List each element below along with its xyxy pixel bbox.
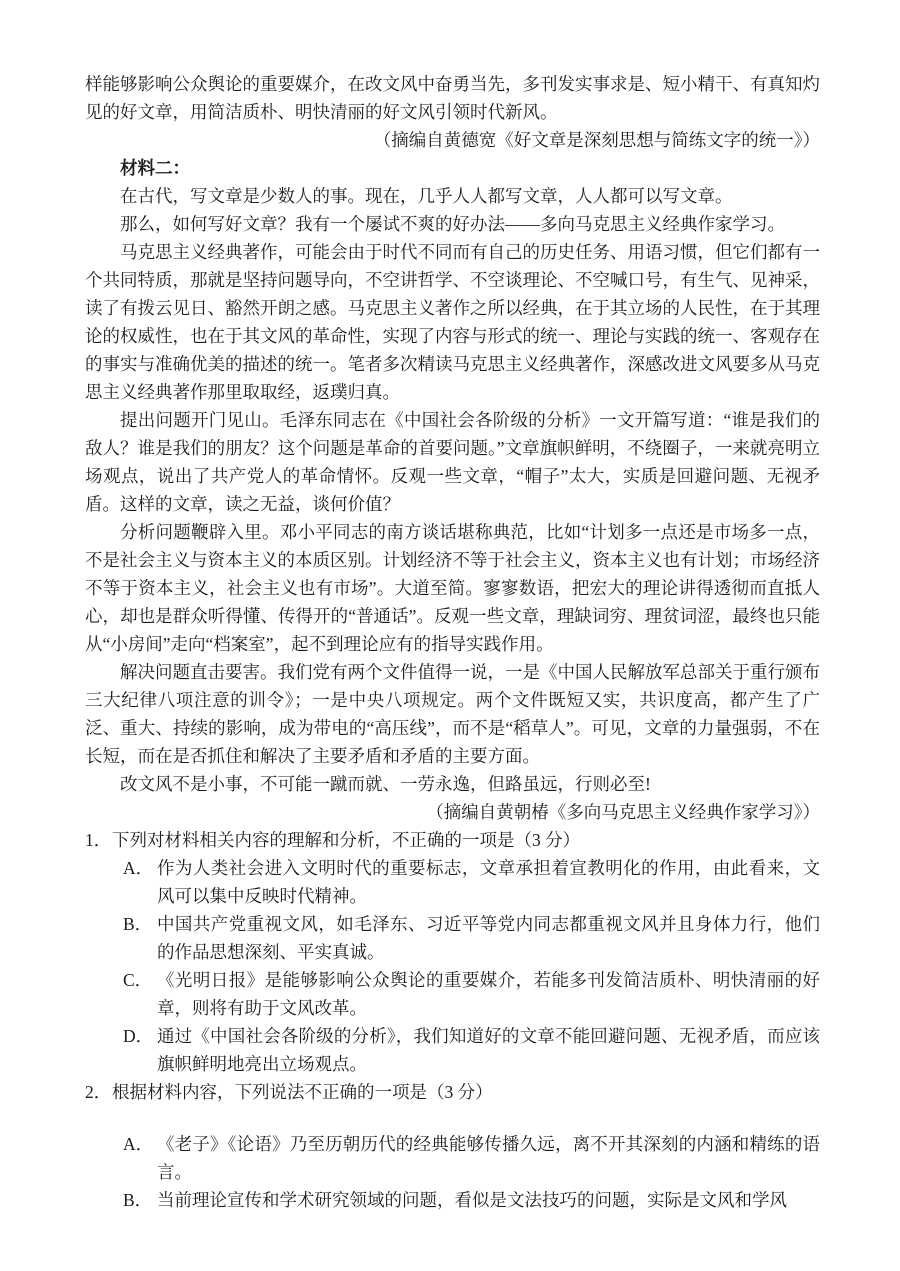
option-label: D．	[123, 1022, 157, 1078]
question-2: 2． 根据材料内容，下列说法不正确的一项是（3 分） A． 《老子》《论语》乃至…	[85, 1078, 820, 1214]
material2-paragraph-5: 分析问题鞭辟入里。邓小平同志的南方谈话堪称典范，比如“计划多一点还是市场多一点，…	[85, 518, 820, 658]
option-label: B．	[123, 1186, 157, 1214]
option-label: A．	[123, 1130, 157, 1186]
option-label: C．	[123, 966, 157, 1022]
material1-tail-paragraph: 样能够影响公众舆论的重要媒介，在改文风中奋勇当先，多刊发实事求是、短小精干、有真…	[85, 70, 820, 126]
question-2-option-b: B． 当前理论宣传和学术研究领域的问题，看似是文法技巧的问题，实际是文风和学风	[123, 1186, 820, 1214]
option-label: B．	[123, 910, 157, 966]
material2-paragraph-2: 那么，如何写好文章？我有一个屡试不爽的好办法——多向马克思主义经典作家学习。	[85, 210, 820, 238]
question-1-option-d: D． 通过《中国社会各阶级的分析》，我们知道好的文章不能回避问题、无视矛盾，而应…	[123, 1022, 820, 1078]
option-text: 《老子》《论语》乃至历朝历代的经典能够传播久远，离不开其深刻的内涵和精练的语言。	[157, 1130, 820, 1186]
option-text: 通过《中国社会各阶级的分析》，我们知道好的文章不能回避问题、无视矛盾，而应该旗帜…	[157, 1022, 820, 1078]
material2-paragraph-1: 在古代，写文章是少数人的事。现在，几乎人人都写文章，人人都可以写文章。	[85, 182, 820, 210]
material2-paragraph-4: 提出问题开门见山。毛泽东同志在《中国社会各阶级的分析》一文开篇写道：“谁是我们的…	[85, 406, 820, 518]
option-text: 中国共产党重视文风，如毛泽东、习近平等党内同志都重视文风并且身体力行，他们的作品…	[157, 910, 820, 966]
question-2-option-a: A． 《老子》《论语》乃至历朝历代的经典能够传播久远，离不开其深刻的内涵和精练的…	[123, 1130, 820, 1186]
material2-paragraph-7: 改文风不是小事，不可能一蹴而就、一劳永逸，但路虽远，行则必至!	[85, 770, 820, 798]
option-text: 《光明日报》是能够影响公众舆论的重要媒介，若能多刊发简洁质朴、明快清丽的好章，则…	[157, 966, 820, 1022]
material2-paragraph-6: 解决问题直击要害。我们党有两个文件值得一说，一是《中国人民解放军总部关于重行颁布…	[85, 658, 820, 770]
option-text: 当前理论宣传和学术研究领域的问题，看似是文法技巧的问题，实际是文风和学风	[157, 1186, 820, 1214]
question-1-stem: 1． 下列对材料相关内容的理解和分析，不正确的一项是（3 分）	[85, 826, 820, 854]
question-2-options: A． 《老子》《论语》乃至历朝历代的经典能够传播久远，离不开其深刻的内涵和精练的…	[123, 1130, 820, 1214]
question-1-option-a: A． 作为人类社会进入文明时代的重要标志，文章承担着宣教明化的作用，由此看来，文…	[123, 854, 820, 910]
material2-attribution: （摘编自黄朝椿《多向马克思主义经典作家学习》）	[85, 798, 820, 826]
question-2-number: 2．	[85, 1078, 112, 1106]
option-label: A．	[123, 854, 157, 910]
question-1-option-c: C． 《光明日报》是能够影响公众舆论的重要媒介，若能多刊发简洁质朴、明快清丽的好…	[123, 966, 820, 1022]
question-1-stem-text: 下列对材料相关内容的理解和分析，不正确的一项是（3 分）	[112, 826, 820, 854]
question-2-stem: 2． 根据材料内容，下列说法不正确的一项是（3 分）	[85, 1078, 820, 1106]
question-1-option-b: B． 中国共产党重视文风，如毛泽东、习近平等党内同志都重视文风并且身体力行，他们…	[123, 910, 820, 966]
question-1-options: A． 作为人类社会进入文明时代的重要标志，文章承担着宣教明化的作用，由此看来，文…	[123, 854, 820, 1078]
material2-paragraph-3: 马克思主义经典著作，可能会由于时代不同而有自己的历史任务、用语习惯，但它们都有一…	[85, 238, 820, 406]
question-1: 1． 下列对材料相关内容的理解和分析，不正确的一项是（3 分） A． 作为人类社…	[85, 826, 820, 1078]
exam-page: 样能够影响公众舆论的重要媒介，在改文风中奋勇当先，多刊发实事求是、短小精干、有真…	[0, 0, 900, 1271]
material2-heading: 材料二：	[85, 154, 820, 182]
option-text: 作为人类社会进入文明时代的重要标志，文章承担着宣教明化的作用，由此看来，文风可以…	[157, 854, 820, 910]
question-2-stem-text: 根据材料内容，下列说法不正确的一项是（3 分）	[112, 1078, 820, 1106]
question-1-number: 1．	[85, 826, 112, 854]
material1-attribution: （摘编自黄德宽《好文章是深刻思想与简练文字的统一》）	[85, 126, 820, 154]
